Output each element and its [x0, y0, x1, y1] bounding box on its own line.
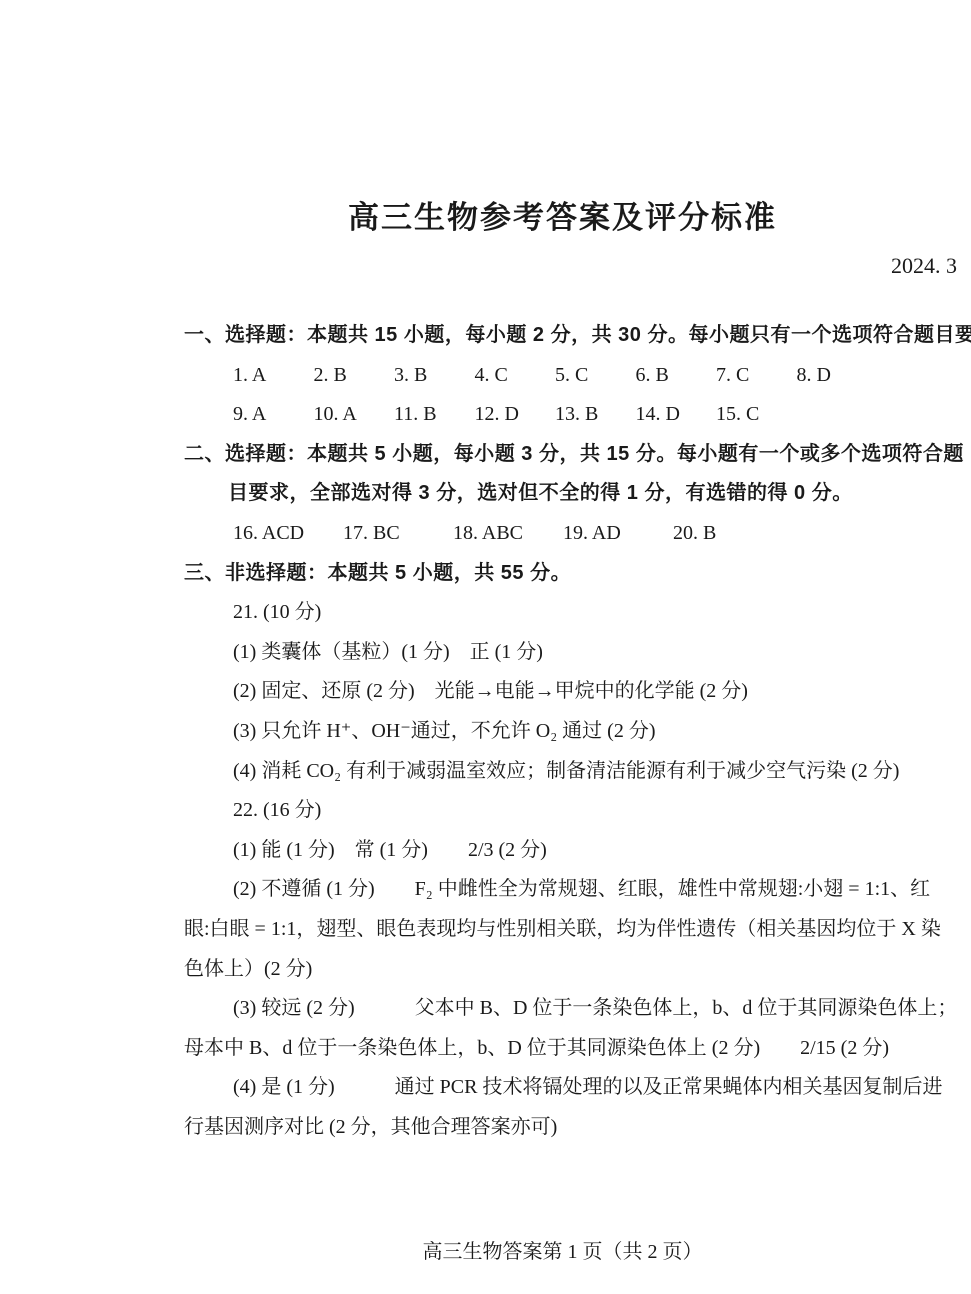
answers-row-1-8: 1. A 2. B 3. B 4. C 5. C 6. B 7. C 8. D: [184, 356, 941, 396]
q21-answer-2: (2) 固定、还原 (2 分) 光能→电能→甲烷中的化学能 (2 分): [184, 672, 941, 712]
answer-4: 4. C: [475, 356, 556, 396]
answer-7: 7. C: [716, 356, 797, 396]
section3-heading: 三、非选择题：本题共 5 小题，共 55 分。: [184, 554, 941, 594]
answer-16: 16. ACD: [233, 514, 343, 554]
answer-10: 10. A: [314, 395, 395, 435]
answer-17: 17. BC: [343, 514, 453, 554]
q21-answer-4: (4) 消耗 CO₂ 有利于减弱温室效应；制备清洁能源有利于减少空气污染 (2 …: [184, 752, 941, 792]
answer-12: 12. D: [475, 395, 556, 435]
document-body: 一、选择题：本题共 15 小题，每小题 2 分，共 30 分。每小题只有一个选项…: [184, 316, 941, 1147]
answer-2: 2. B: [314, 356, 395, 396]
q22-answer-3-line1: (3) 较远 (2 分) 父本中 B、D 位于一条染色体上，b、d 位于其同源染…: [184, 989, 941, 1029]
answer-key-page: 高三生物参考答案及评分标准 2024. 3 一、选择题：本题共 15 小题，每小…: [0, 0, 971, 1294]
answer-14: 14. D: [636, 395, 717, 435]
section2-heading-line1: 二、选择题：本题共 5 小题，每小题 3 分，共 15 分。每小题有一个或多个选…: [184, 435, 941, 475]
document-date: 2024. 3: [184, 252, 957, 280]
answers-row-9-15: 9. A 10. A 11. B 12. D 13. B 14. D 15. C: [184, 395, 941, 435]
answer-1: 1. A: [233, 356, 314, 396]
q22-answer-1: (1) 能 (1 分) 常 (1 分) 2/3 (2 分): [184, 831, 941, 871]
q22-answer-3-line2: 母本中 B、d 位于一条染色体上，b、D 位于其同源染色体上 (2 分) 2/1…: [184, 1029, 941, 1069]
q22-answer-2-line3: 色体上）(2 分): [184, 950, 941, 990]
answer-9: 9. A: [233, 395, 314, 435]
q22-answer-2-line1: (2) 不遵循 (1 分) F₂ 中雌性全为常规翅、红眼，雄性中常规翅:小翅 =…: [184, 870, 941, 910]
answers-row-16-20: 16. ACD 17. BC 18. ABC 19. AD 20. B: [184, 514, 941, 554]
answer-13: 13. B: [555, 395, 636, 435]
answer-5: 5. C: [555, 356, 636, 396]
q22-answer-4-line1: (4) 是 (1 分) 通过 PCR 技术将镉处理的以及正常果蝇体内相关基因复制…: [184, 1068, 941, 1108]
answer-11: 11. B: [394, 395, 475, 435]
answer-6: 6. B: [636, 356, 717, 396]
answer-8: 8. D: [797, 356, 878, 396]
section2-heading-line2: 目要求，全部选对得 3 分，选对但不全的得 1 分，有选错的得 0 分。: [184, 474, 941, 514]
question-22-head: 22. (16 分): [184, 791, 941, 831]
answer-19: 19. AD: [563, 514, 673, 554]
answer-15: 15. C: [716, 395, 797, 435]
q21-answer-3: (3) 只允许 H⁺、OH⁻通过，不允许 O₂ 通过 (2 分): [184, 712, 941, 752]
q21-answer-1: (1) 类囊体（基粒）(1 分) 正 (1 分): [184, 633, 941, 673]
document-title: 高三生物参考答案及评分标准: [184, 198, 941, 238]
section1-heading: 一、选择题：本题共 15 小题，每小题 2 分，共 30 分。每小题只有一个选项…: [184, 316, 941, 356]
answer-18: 18. ABC: [453, 514, 563, 554]
q22-answer-4-line2: 行基因测序对比 (2 分，其他合理答案亦可): [184, 1108, 941, 1148]
page-footer: 高三生物答案第 1 页（共 2 页）: [184, 1239, 941, 1265]
answer-20: 20. B: [673, 514, 783, 554]
answer-3: 3. B: [394, 356, 475, 396]
question-21-head: 21. (10 分): [184, 593, 941, 633]
page-content: 高三生物参考答案及评分标准 2024. 3 一、选择题：本题共 15 小题，每小…: [0, 198, 971, 1265]
q22-answer-2-line2: 眼:白眼 = 1:1，翅型、眼色表现均与性别相关联，均为伴性遗传（相关基因均位于…: [184, 910, 941, 950]
